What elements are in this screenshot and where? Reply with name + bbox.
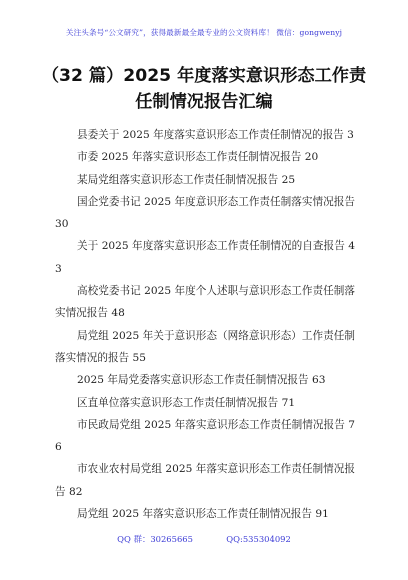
title-line-1: （32 篇）2025 年度落实意识形态工作责: [30, 63, 378, 89]
toc-entry[interactable]: 局党组 2025 年落实意识形态工作责任制情况报告 91: [55, 503, 355, 525]
toc-entry[interactable]: 某局党组落实意识形态工作责任制情况报告 25: [55, 169, 355, 191]
header-promo-note: 关注头条号“公文研究”，获得最新最全最专业的公文资料库！ 微信：gongweny…: [0, 27, 408, 38]
toc-entry[interactable]: 局党组 2025 年关于意识形态（网络意识形态）工作责任制落实情况的报告 55: [55, 325, 355, 370]
toc-entry[interactable]: 区直单位落实意识形态工作责任制情况报告 71: [55, 392, 355, 414]
title-line-2: 任制情况报告汇编: [30, 89, 378, 115]
qq-number: QQ:535304092: [226, 534, 291, 544]
toc-entry[interactable]: 国企党委书记 2025 年度意识形态工作责任制落实情况报告 30: [55, 191, 355, 236]
qq-group-number: QQ 群：30265665: [117, 533, 193, 545]
footer-contact: QQ 群：30265665 QQ:535304092: [0, 533, 408, 545]
toc-entry[interactable]: 高校党委书记 2025 年度个人述职与意识形态工作责任制落实情况报告 48: [55, 280, 355, 325]
toc-entry[interactable]: 2025 年局党委落实意识形态工作责任制情况报告 63: [55, 369, 355, 391]
toc-entry[interactable]: 县委关于 2025 年度落实意识形态工作责任制情况的报告 3: [55, 124, 355, 146]
table-of-contents: 县委关于 2025 年度落实意识形态工作责任制情况的报告 3 市委 2025 年…: [55, 124, 355, 525]
toc-entry[interactable]: 市民政局党组 2025 年落实意识形态工作责任制情况报告 76: [55, 414, 355, 459]
toc-entry[interactable]: 市委 2025 年落实意识形态工作责任制情况报告 20: [55, 146, 355, 168]
toc-entry[interactable]: 关于 2025 年度落实意识形态工作责任制情况的自查报告 43: [55, 235, 355, 280]
document-title: （32 篇）2025 年度落实意识形态工作责 任制情况报告汇编: [30, 63, 378, 115]
toc-entry[interactable]: 市农业农村局党组 2025 年落实意识形态工作责任制情况报告 82: [55, 458, 355, 503]
